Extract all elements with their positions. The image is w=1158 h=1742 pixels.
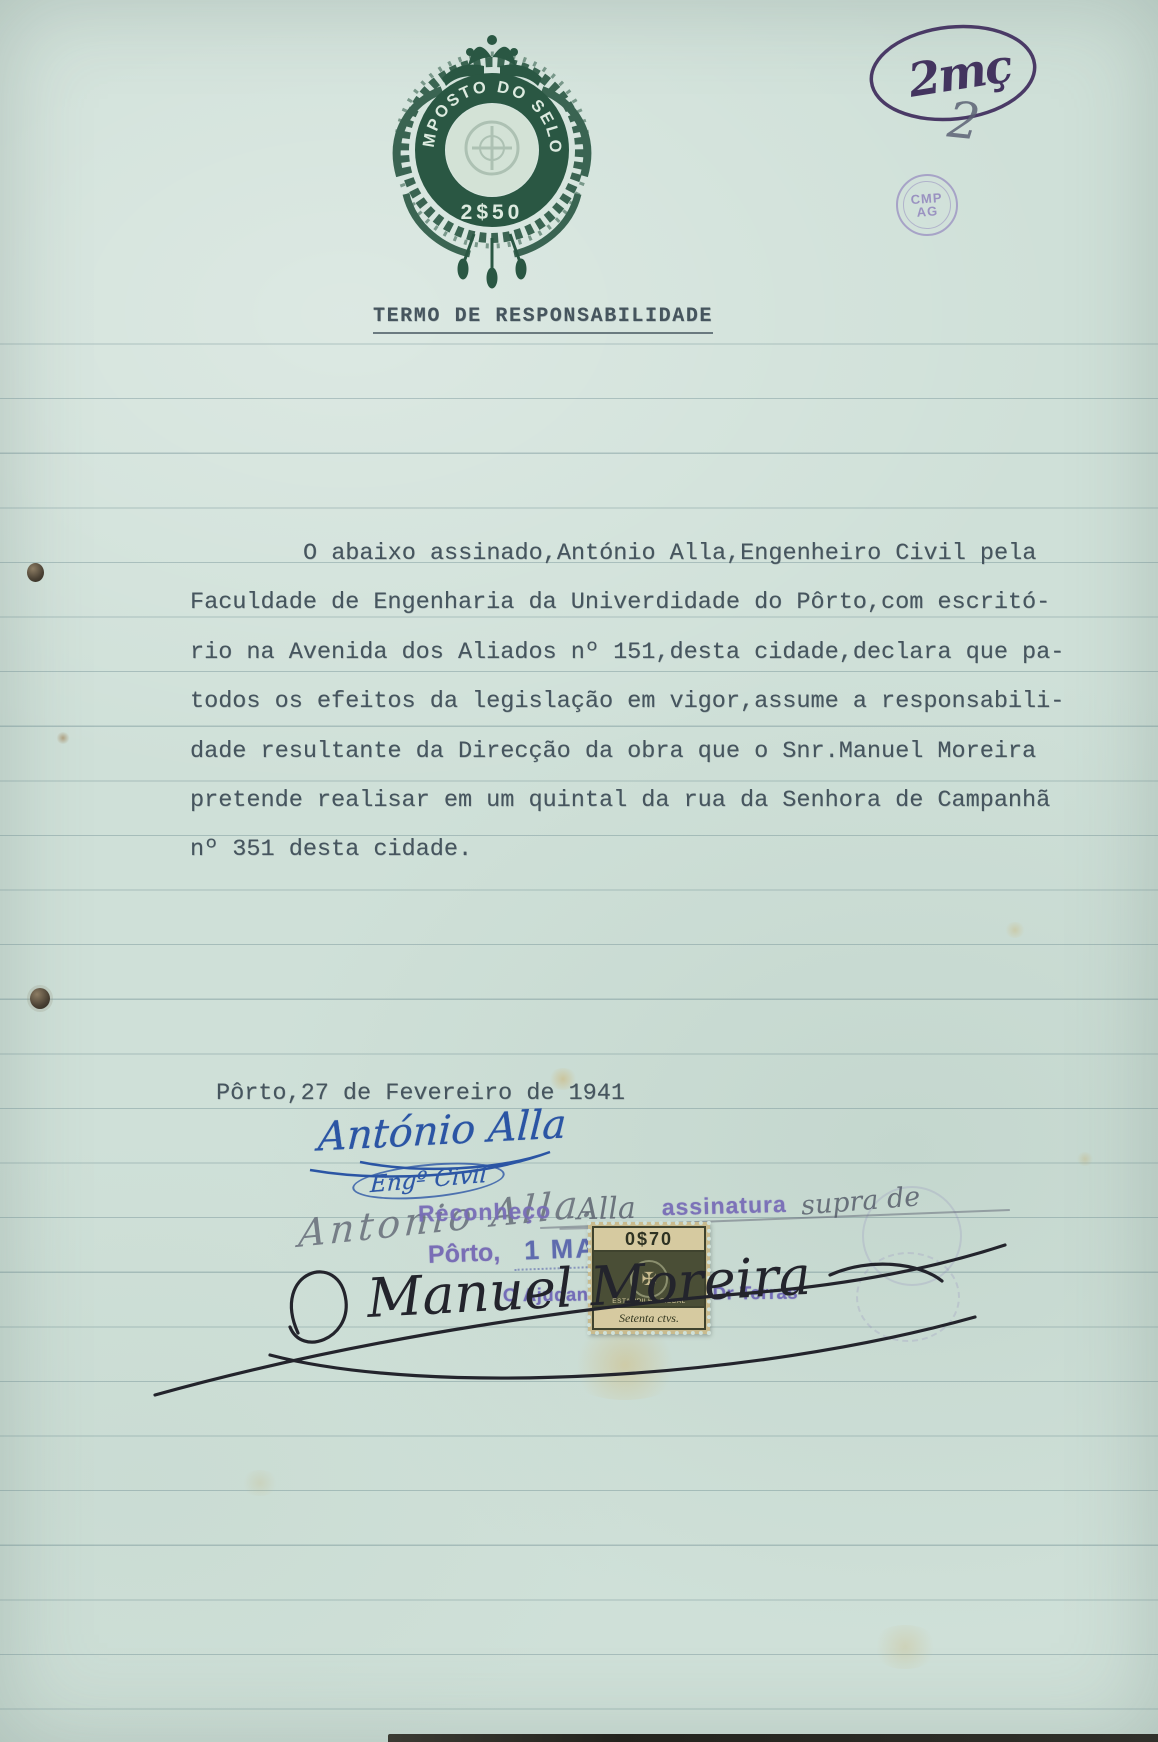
stain <box>1004 922 1026 938</box>
builder-signature-text: Manuel Moreira <box>364 1244 812 1330</box>
seal-value: 2$50 <box>461 201 524 224</box>
body-line: Faculdade de Engenharia da Univerdidade … <box>190 589 1080 638</box>
document-title-row: TERMO DE RESPONSABILIDADE <box>0 305 1122 328</box>
scan-edge <box>388 1734 1158 1742</box>
body-line: O abaixo assinado,António Alla,Engenheir… <box>190 540 1080 589</box>
cmp-ag-stamp-text: CMP AG <box>901 179 952 230</box>
page-number: 2 <box>945 90 983 151</box>
stain <box>870 1625 940 1669</box>
scanned-document-page: IMPOSTO DO SELO 2$50 2mç 2 CMP AG TERMO … <box>0 0 1158 1742</box>
stain <box>240 1470 280 1496</box>
seal-tassels <box>458 234 526 288</box>
stain <box>56 732 70 744</box>
body-paragraph: O abaixo assinado,António Alla,Engenheir… <box>190 540 1080 886</box>
body-line: nº 351 desta cidade. <box>190 836 1080 885</box>
paper-brad <box>30 988 50 1009</box>
document-title: TERMO DE RESPONSABILIDADE <box>373 305 713 334</box>
builder-signature: Manuel Moreira <box>130 1205 1030 1415</box>
body-line: todos os efeitos da legislação em vigor,… <box>190 688 1080 737</box>
imposto-do-selo-seal: IMPOSTO DO SELO 2$50 <box>372 26 612 290</box>
paper-brad <box>27 563 44 582</box>
body-line: dade resultante da Direcção da obra que … <box>190 738 1080 787</box>
body-line: rio na Avenida dos Aliados nº 151,desta … <box>190 639 1080 688</box>
body-line: pretende realisar em um quintal da rua d… <box>190 787 1080 836</box>
ruled-lines <box>0 290 1158 1742</box>
ag-line: AG <box>916 204 938 218</box>
stain <box>1076 1152 1094 1166</box>
cmp-ag-round-stamp: CMP AG <box>894 172 960 238</box>
seal-inner-emblem <box>466 122 518 174</box>
